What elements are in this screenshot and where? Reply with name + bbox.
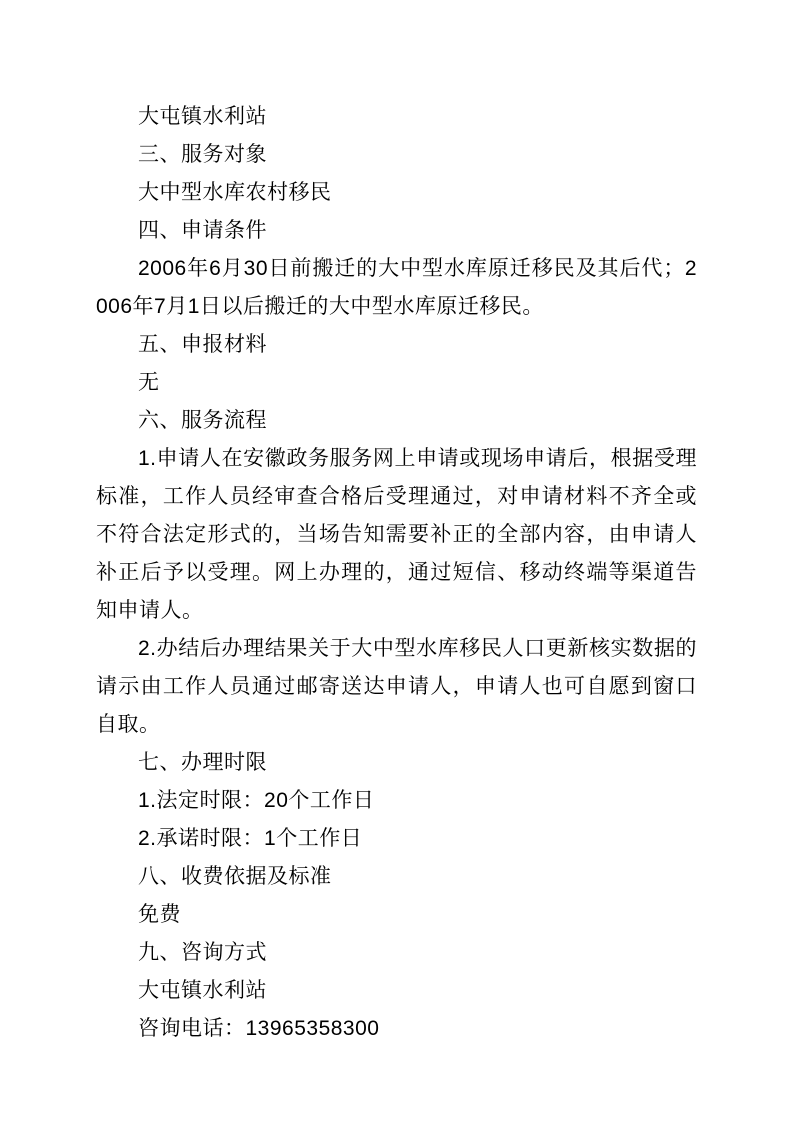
section-8-heading: 八、收费依据及标准 — [96, 858, 697, 896]
process-step-2-text: 2.办结后办理结果关于大中型水库移民人口更新核实数据的请示由工作人员通过邮寄送达… — [96, 630, 697, 744]
service-target-text: 大中型水库农村移民 — [96, 174, 697, 212]
section-6-heading: 六、服务流程 — [96, 402, 697, 440]
consult-phone-text: 咨询电话：13965358300 — [96, 1010, 697, 1048]
section-3-heading: 三、服务对象 — [96, 136, 697, 174]
fee-text: 免费 — [96, 896, 697, 934]
application-conditions-text: 2006年6月30日前搬迁的大中型水库原迁移民及其后代；2006年7月1日以后搬… — [96, 250, 697, 326]
org-name-line: 大屯镇水利站 — [96, 98, 697, 136]
document-page: 大屯镇水利站 三、服务对象 大中型水库农村移民 四、申请条件 2006年6月30… — [0, 0, 793, 1122]
section-5-heading: 五、申报材料 — [96, 326, 697, 364]
promised-time-limit-text: 2.承诺时限：1个工作日 — [96, 820, 697, 858]
statutory-time-limit-text: 1.法定时限：20个工作日 — [96, 782, 697, 820]
section-4-heading: 四、申请条件 — [96, 212, 697, 250]
section-7-heading: 七、办理时限 — [96, 744, 697, 782]
process-step-1-text: 1.申请人在安徽政务服务网上申请或现场申请后，根据受理标准，工作人员经审查合格后… — [96, 440, 697, 630]
consult-org-text: 大屯镇水利站 — [96, 972, 697, 1010]
section-9-heading: 九、咨询方式 — [96, 934, 697, 972]
materials-text: 无 — [96, 364, 697, 402]
